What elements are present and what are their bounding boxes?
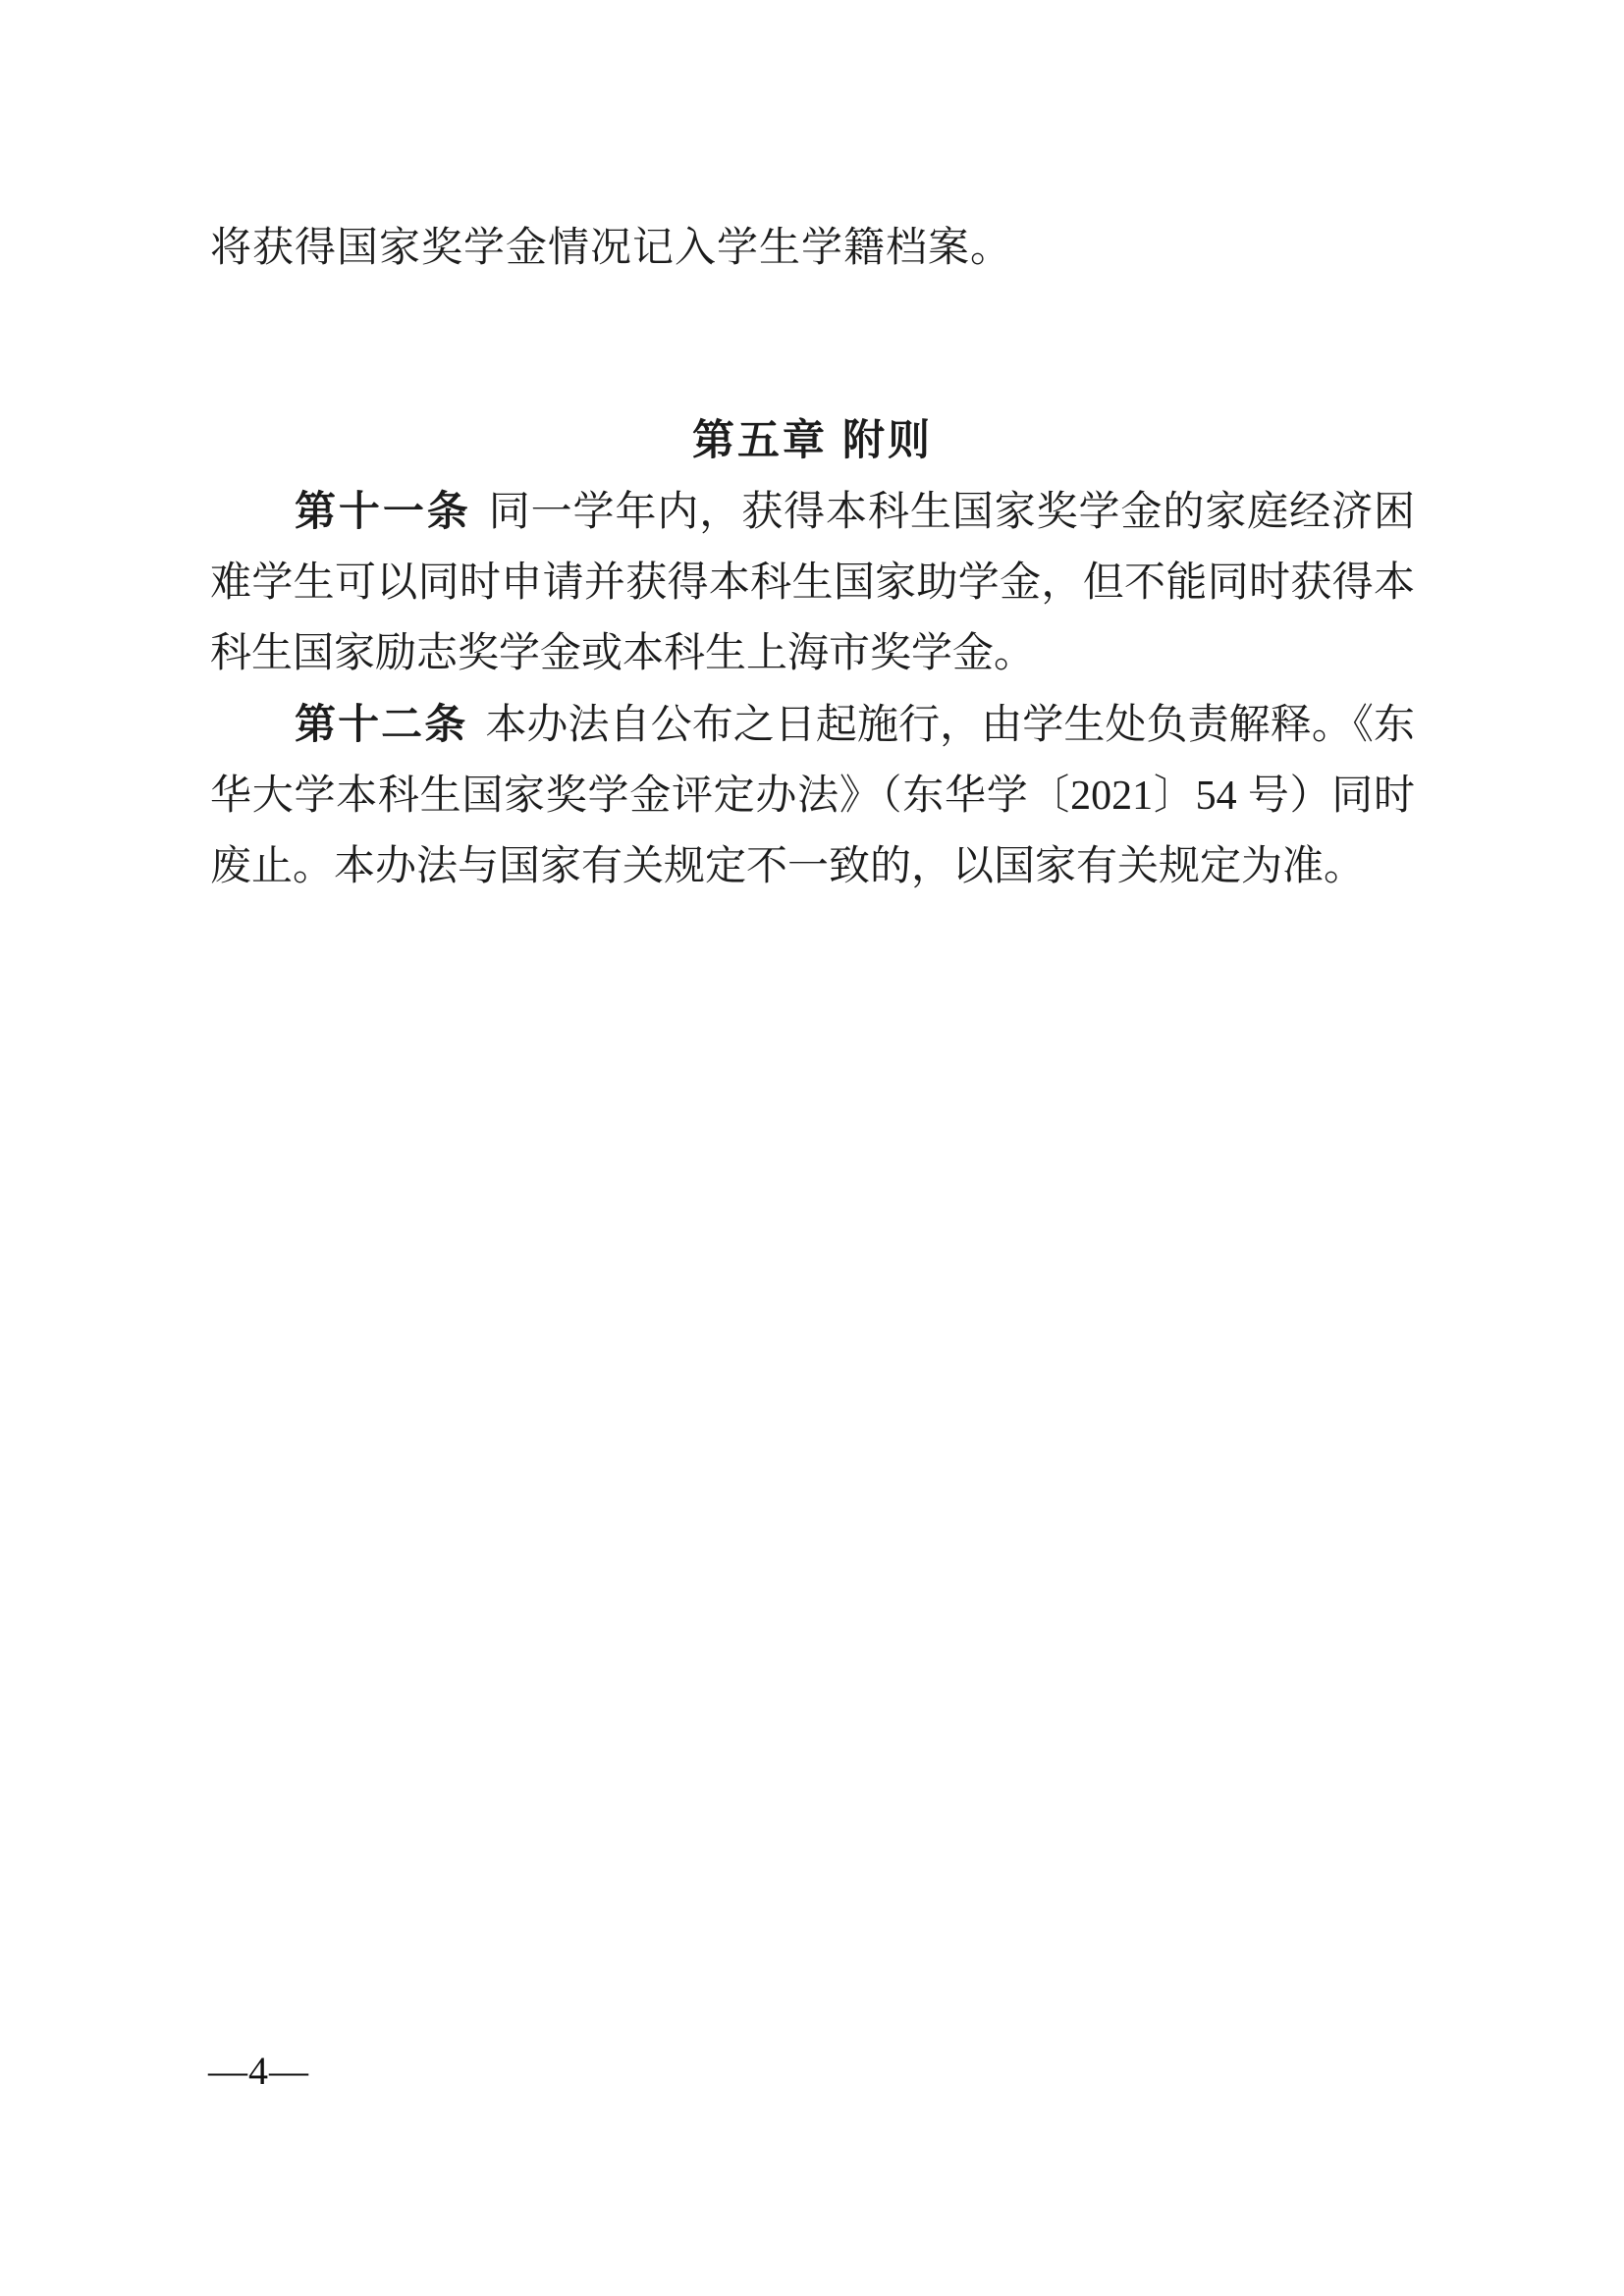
article-12-paragraph: 第十二条本办法自公布之日起施行，由学生处负责解释。《东华大学本科生国家奖学金评定… [210,689,1415,902]
continuation-paragraph: 将获得国家奖学金情况记入学生学籍档案。 [210,213,1415,284]
page-number: —4— [208,2044,309,2099]
page-body-text: 将获得国家奖学金情况记入学生学籍档案。 第五章 附则 第十一条同一学年内，获得本… [210,0,1415,902]
chapter-heading: 第五章 附则 [210,405,1415,476]
article-12-label: 第十二条 [295,701,467,747]
document-page: 将获得国家奖学金情况记入学生学籍档案。 第五章 附则 第十一条同一学年内，获得本… [0,0,1624,2296]
article-11-paragraph: 第十一条同一学年内，获得本科生国家奖学金的家庭经济困难学生可以同时申请并获得本科… [210,476,1415,689]
article-11-label: 第十一条 [295,488,471,534]
